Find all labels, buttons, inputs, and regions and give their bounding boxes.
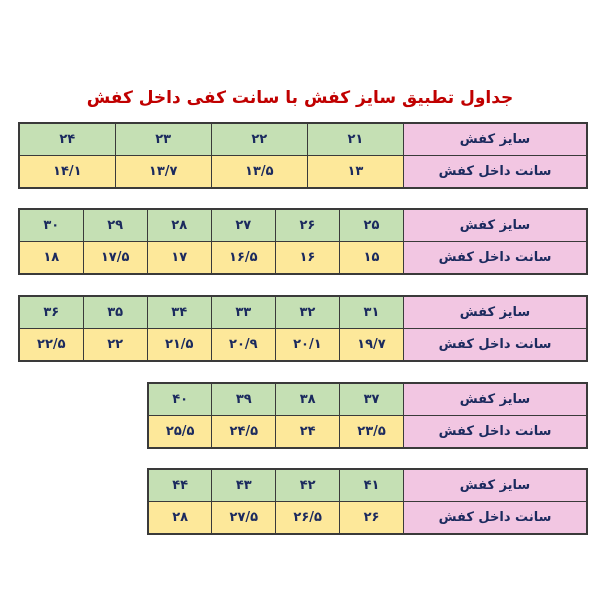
insole-row: سانت داخل کفش ۱۳ ۱۳/۵ ۱۳/۷ ۱۴/۱	[19, 156, 587, 189]
size-cell: ۳۱	[339, 296, 403, 329]
size-cell: ۲۳	[115, 123, 211, 156]
insole-cell: ۲۶	[340, 502, 404, 535]
row-label-size: سایز کفش	[404, 296, 588, 329]
insole-row: سانت داخل کفش ۲۳/۵ ۲۴ ۲۴/۵ ۲۵/۵	[148, 416, 587, 449]
insole-cell: ۲۷/۵	[212, 502, 276, 535]
size-row: سایز کفش ۲۱ ۲۲ ۲۳ ۲۴	[19, 123, 587, 156]
size-row: سایز کفش ۳۷ ۳۸ ۳۹ ۴۰	[148, 383, 587, 416]
size-cell: ۳۶	[19, 296, 83, 329]
insole-cell: ۲۴	[276, 416, 340, 449]
insole-row: سانت داخل کفش ۱۵ ۱۶ ۱۶/۵ ۱۷ ۱۷/۵ ۱۸	[19, 242, 587, 275]
insole-cell: ۲۳/۵	[340, 416, 404, 449]
size-cell: ۲۲	[211, 123, 307, 156]
size-cell: ۳۲	[275, 296, 339, 329]
size-cell: ۲۸	[147, 209, 211, 242]
row-label-insole: سانت داخل کفش	[404, 242, 588, 275]
row-label-size: سایز کفش	[404, 469, 588, 502]
size-cell: ۳۰	[19, 209, 83, 242]
size-table-5: سایز کفش ۴۱ ۴۲ ۴۳ ۴۴ سانت داخل کفش ۲۶ ۲۶…	[147, 468, 588, 535]
size-cell: ۲۶	[275, 209, 339, 242]
insole-cell: ۲۶/۵	[276, 502, 340, 535]
size-cell: ۳۵	[83, 296, 147, 329]
size-row: سایز کفش ۳۱ ۳۲ ۳۳ ۳۴ ۳۵ ۳۶	[19, 296, 587, 329]
insole-cell: ۱۳/۵	[211, 156, 307, 189]
size-cell: ۳۸	[276, 383, 340, 416]
size-table-4: سایز کفش ۳۷ ۳۸ ۳۹ ۴۰ سانت داخل کفش ۲۳/۵ …	[147, 382, 588, 449]
insole-cell: ۲۸	[148, 502, 212, 535]
insole-cell: ۱۶	[275, 242, 339, 275]
insole-cell: ۲۵/۵	[148, 416, 212, 449]
size-cell: ۳۹	[212, 383, 276, 416]
row-label-insole: سانت داخل کفش	[404, 156, 588, 189]
row-label-size: سایز کفش	[404, 123, 588, 156]
insole-cell: ۱۴/۱	[19, 156, 115, 189]
size-cell: ۳۴	[147, 296, 211, 329]
insole-cell: ۲۱/۵	[147, 329, 211, 362]
size-table-2: سایز کفش ۲۵ ۲۶ ۲۷ ۲۸ ۲۹ ۳۰ سانت داخل کفش…	[18, 208, 588, 275]
size-table-3: سایز کفش ۳۱ ۳۲ ۳۳ ۳۴ ۳۵ ۳۶ سانت داخل کفش…	[18, 295, 588, 362]
size-cell: ۳۳	[211, 296, 275, 329]
insole-row: سانت داخل کفش ۲۶ ۲۶/۵ ۲۷/۵ ۲۸	[148, 502, 587, 535]
insole-cell: ۲۲/۵	[19, 329, 83, 362]
row-label-insole: سانت داخل کفش	[404, 416, 588, 449]
row-label-size: سایز کفش	[404, 383, 588, 416]
page-title: جداول تطبیق سایز کفش با سانت کفی داخل کف…	[0, 88, 600, 108]
size-cell: ۴۴	[148, 469, 212, 502]
size-table-1: سایز کفش ۲۱ ۲۲ ۲۳ ۲۴ سانت داخل کفش ۱۳ ۱۳…	[18, 122, 588, 189]
size-cell: ۲۹	[83, 209, 147, 242]
size-cell: ۴۰	[148, 383, 212, 416]
insole-cell: ۱۵	[339, 242, 403, 275]
insole-row: سانت داخل کفش ۱۹/۷ ۲۰/۱ ۲۰/۹ ۲۱/۵ ۲۲ ۲۲/…	[19, 329, 587, 362]
size-row: سایز کفش ۲۵ ۲۶ ۲۷ ۲۸ ۲۹ ۳۰	[19, 209, 587, 242]
row-label-size: سایز کفش	[404, 209, 588, 242]
row-label-insole: سانت داخل کفش	[404, 329, 588, 362]
insole-cell: ۱۷	[147, 242, 211, 275]
size-cell: ۲۷	[211, 209, 275, 242]
insole-cell: ۲۰/۹	[211, 329, 275, 362]
size-row: سایز کفش ۴۱ ۴۲ ۴۳ ۴۴	[148, 469, 587, 502]
size-cell: ۲۵	[339, 209, 403, 242]
size-cell: ۴۱	[340, 469, 404, 502]
insole-cell: ۱۶/۵	[211, 242, 275, 275]
insole-cell: ۱۳	[307, 156, 403, 189]
size-cell: ۲۱	[307, 123, 403, 156]
size-cell: ۴۳	[212, 469, 276, 502]
insole-cell: ۱۷/۵	[83, 242, 147, 275]
insole-cell: ۲۴/۵	[212, 416, 276, 449]
insole-cell: ۲۲	[83, 329, 147, 362]
row-label-insole: سانت داخل کفش	[404, 502, 588, 535]
size-cell: ۳۷	[340, 383, 404, 416]
insole-cell: ۱۹/۷	[339, 329, 403, 362]
size-cell: ۴۲	[276, 469, 340, 502]
insole-cell: ۱۸	[19, 242, 83, 275]
insole-cell: ۲۰/۱	[275, 329, 339, 362]
size-cell: ۲۴	[19, 123, 115, 156]
insole-cell: ۱۳/۷	[115, 156, 211, 189]
